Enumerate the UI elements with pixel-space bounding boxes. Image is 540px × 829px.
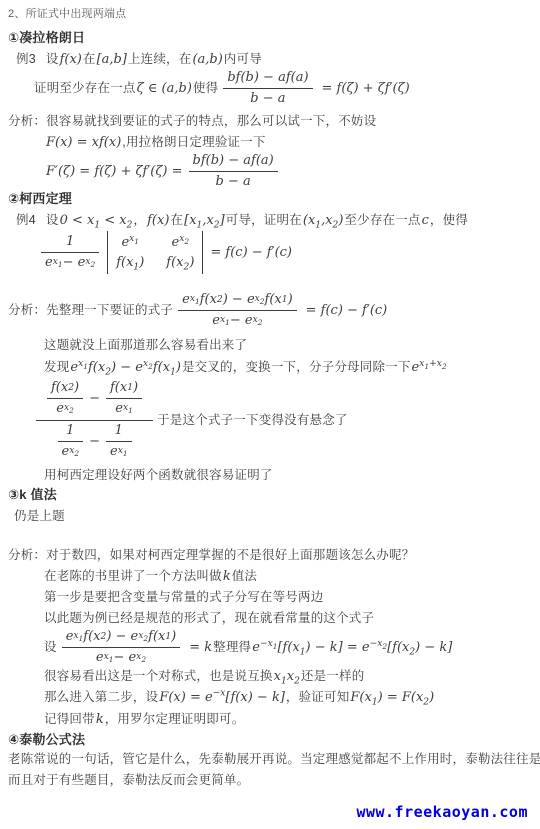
fraction-denominator: b − a [223,89,312,107]
text-run: 在 [170,210,183,231]
fraction: 1 ex1 [105,423,133,460]
analysis-4-line-4: 用柯西定理设好两个函数就很容易证明了 [44,465,540,486]
text-run: ，用罗尔定理证明即可。 [105,709,245,730]
math-run: (x1,x2) [303,210,344,231]
fraction-denominator: ex1 [106,442,132,460]
analysis-k-line-2: 在老陈的书里讲了一个方法叫做 k 值法 [44,566,540,587]
fraction-denominator: ex2 [47,399,83,417]
math-run: 0 < x1 < x2 [60,210,133,231]
nested-fraction-numerator: f(x2) ex2 − f(x1) ex1 [36,378,153,421]
text-run: 发现 [44,357,69,378]
math-run: e−x1[f(x1) − k] = e−x2[f(x2) − k] [252,637,452,658]
text-run: 设 [44,637,57,658]
math-run: ζ ∈ (a,b) [137,78,192,99]
text-run: 证明至少存在一点 [34,78,136,99]
fraction-numerator: 1 [106,423,132,442]
analysis-k-line-4: 以此题为例已经是规范的形式了，现在就看常量的这个式子 [44,608,540,629]
example-4-label: 例4 [16,210,36,231]
document-page: 2、所证式中出现两端点 ①凑拉格朗日 例3 设 f(x) 在 [a,b] 上连续… [0,0,540,829]
analysis-4-line-2: 这题就没上面那道那么容易看出来了 [44,335,540,356]
fraction: ex1f(x2) − ex2f(x1) ex1 − ex2 [61,629,182,666]
method-4-title-text: ④泰勒公式法 [8,731,85,749]
math-run: (a,b) [192,49,222,70]
math-run: F′(ζ) = f(ζ) + ζf′(ζ) = [46,161,183,182]
text-run: 记得回带 [44,709,95,730]
text-run: 是交叉的，变换一下，分子分母同除一下 [182,357,411,378]
text-run: 分析：很容易就找到要证的式子的特点，那么可以试一下，不妨设 [8,111,376,132]
analysis-k-line-7: 记得回带 k ，用罗尔定理证明即可。 [44,709,540,730]
text-run: 上连续，在 [128,49,192,70]
text-run: 设 [46,49,59,70]
fraction: ex1f(x2) − ex2f(x1) ex1 − ex2 [177,292,298,329]
math-run: f(x) [60,49,82,70]
method-4-title: ④泰勒公式法 [8,731,540,749]
watermark-text[interactable]: www.freekaoyan.com [356,803,528,821]
det-cell-r2c2: f(x2) [166,254,194,271]
text-run: 在 [83,49,96,70]
fraction: bf(b) − af(a) b − a [188,153,279,190]
text-run: 整理得 [213,637,251,658]
text-run: 还是一样的 [301,666,365,687]
text-run: 可导，证明在 [226,210,302,231]
text-run: 老陈常说的一句话，管它是什么，先泰勒展开再说。当定理感觉都起不上作用时，泰勒法往… [8,749,540,770]
fraction: f(x1) ex1 [105,380,143,417]
fraction-numerator: f(x2) [47,380,83,399]
math-run: = k [189,637,212,658]
math-run: k [223,566,231,587]
fraction-numerator: f(x1) [106,380,142,399]
method-3-title: ③k 值法 [8,486,540,504]
method-2-title-text: ②柯西定理 [8,190,72,208]
math-run: = f(c) − f′(c) [306,300,388,321]
fraction-denominator: ex1 − ex2 [41,253,99,271]
det-cell-r1c1: ex1 [116,234,144,251]
method-3-title-text: ③k 值法 [8,486,57,504]
analysis-k-line-1: 分析：对于数四，如果对柯西定理掌握的不是很好上面那题该怎么办呢？ [8,545,540,566]
math-run: f(x) [147,210,169,231]
fraction-denominator: ex2 [58,442,84,460]
text-run: 设 [46,210,59,231]
analysis-k-line-3: 第一步是要把含变量与常量的式子分写在等号两边 [44,587,540,608]
doc-heading-text: 2、所证式中出现两端点 [8,6,126,22]
analysis-k-line-6: 那么进入第二步，设 F(x) = e−x[f(x) − k] ，验证可知 F(x… [44,687,540,708]
text-run: 用柯西定理设好两个函数就很容易证明了 [44,465,273,486]
math-run: ex1f(x2) − ex2f(x1) [70,357,181,378]
analysis-4-line-1: 分析：先整理一下要证的式子 ex1f(x2) − ex2f(x1) ex1 − … [8,292,540,329]
fraction-numerator: bf(b) − af(a) [189,153,278,172]
text-run: 那么进入第二步，设 [44,687,158,708]
text-run: ， [133,210,146,231]
taylor-paragraph-2: 而且对于有些题目，泰勒法反而会更简单。 [8,770,540,791]
coefficient-fraction: 1 ex1 − ex2 [40,234,100,271]
minus-sign: − [89,434,100,450]
math-run: k [96,709,104,730]
fraction: f(x2) ex2 [46,380,84,417]
text-run: 至少存在一点 [344,210,420,231]
fraction-denominator: b − a [189,172,278,190]
text-run: 分析：对于数四，如果对柯西定理掌握的不是很好上面那题该怎么办呢？ [8,545,414,566]
text-run: 使得 [193,78,218,99]
math-run: F(x) = e−x[f(x) − k] [159,687,285,708]
fx-definition-line: F(x) = xf(x) ,用拉格朗日定理验证一下 [45,132,540,153]
fraction-numerator: 1 [41,234,99,253]
fraction-denominator: ex1 − ex2 [178,311,297,329]
analysis-3-line-1: 分析：很容易就找到要证的式子的特点，那么可以试一下，不妨设 [8,111,540,132]
fraction-numerator: 1 [58,423,84,442]
fraction-denominator: ex1 − ex2 [62,648,181,666]
det-cell-r2c1: f(x1) [116,254,144,271]
fraction: bf(b) − af(a) b − a [222,70,313,107]
analysis-k-line-5: 很容易看出这是一个对称式，也是说互换 x1x2 还是一样的 [44,666,540,687]
text-run: 第一步是要把含变量与常量的式子分写在等号两边 [44,587,323,608]
text-run: 于是这个式子一下变得没有悬念了 [157,410,348,431]
doc-heading: 2、所证式中出现两端点 [8,6,540,22]
analysis-4-line-3: 发现 ex1f(x2) − ex2f(x1) 是交叉的，变换一下，分子分母同除一… [44,357,540,378]
taylor-paragraph-1: 老陈常说的一句话，管它是什么，先泰勒展开再说。当定理感觉都起不上作用时，泰勒法往… [8,749,540,770]
text-run: 而且对于有些题目，泰勒法反而会更简单。 [8,770,249,791]
text-run: 值法 [232,566,257,587]
minus-sign: − [89,391,100,407]
math-run: F(x) = xf(x) [46,132,121,153]
determinant-matrix: ex1 ex2 f(x1) f(x2) [107,231,203,274]
fraction-numerator: ex1f(x2) − ex2f(x1) [62,629,181,648]
math-run: = f(ζ) + ζf′(ζ) [322,78,410,99]
example-3-claim-formula: 证明至少存在一点 ζ ∈ (a,b) 使得 bf(b) − af(a) b − … [34,70,540,107]
text-run: ,用拉格朗日定理验证一下 [122,132,265,153]
fraction-numerator: bf(b) − af(a) [223,70,312,89]
text-run: ，验证可知 [286,687,350,708]
math-run: = f(c) − f′(c) [210,242,292,263]
text-run: 在老陈的书里讲了一个方法叫做 [44,566,222,587]
text-run: 以此题为例已经是规范的形式了，现在就看常量的这个式子 [44,608,374,629]
example-3-label: 例3 [16,49,36,70]
example-4-line: 例4 设 0 < x1 < x2 ， f(x) 在 [x1,x2] 可导，证明在… [16,210,540,231]
determinant-formula-line: 1 ex1 − ex2 ex1 ex2 f(x1) f(x2) = f(c) −… [36,231,540,274]
example-3-line: 例3 设 f(x) 在 [a,b] 上连续，在 (a,b) 内可导 [16,49,540,70]
math-run: x1x2 [274,666,300,687]
text-run: 仍是上题 [14,506,65,527]
text-run: 这题就没上面那道那么容易看出来了 [44,335,247,356]
method-1-title: ①凑拉格朗日 [8,29,540,47]
math-run: F(x1) = F(x2) [350,687,434,708]
math-run: [a,b] [97,49,127,70]
fraction: 1 ex2 [57,423,85,460]
f-prime-formula-line: F′(ζ) = f(ζ) + ζf′(ζ) = bf(b) − af(a) b … [45,153,540,190]
text-run: ，使得 [430,210,468,231]
method-2-title: ②柯西定理 [8,190,540,208]
fraction-denominator: ex1 [106,399,142,417]
fraction-numerator: ex1f(x2) − ex2f(x1) [178,292,297,311]
nested-fraction-line: f(x2) ex2 − f(x1) ex1 1 ex2 − 1 ex1 [32,378,540,463]
math-run: c [422,210,429,231]
k-method-formula-line: 设 ex1f(x2) − ex2f(x1) ex1 − ex2 = k 整理得 … [44,629,540,666]
math-run: ex1+x2 [412,357,447,378]
text-run: 分析：先整理一下要证的式子 [8,300,173,321]
same-problem-note: 仍是上题 [14,506,540,527]
method-1-title-text: ①凑拉格朗日 [8,29,85,47]
det-cell-r1c2: ex2 [166,234,194,251]
text-run: 内可导 [224,49,262,70]
watermark-link[interactable]: www.freekaoyan.com [356,803,528,821]
text-run: 很容易看出这是一个对称式，也是说互换 [44,666,273,687]
math-run: [x1,x2] [184,210,225,231]
nested-fraction-denominator: 1 ex2 − 1 ex1 [36,421,153,463]
nested-fraction: f(x2) ex2 − f(x1) ex1 1 ex2 − 1 ex1 [36,378,153,463]
